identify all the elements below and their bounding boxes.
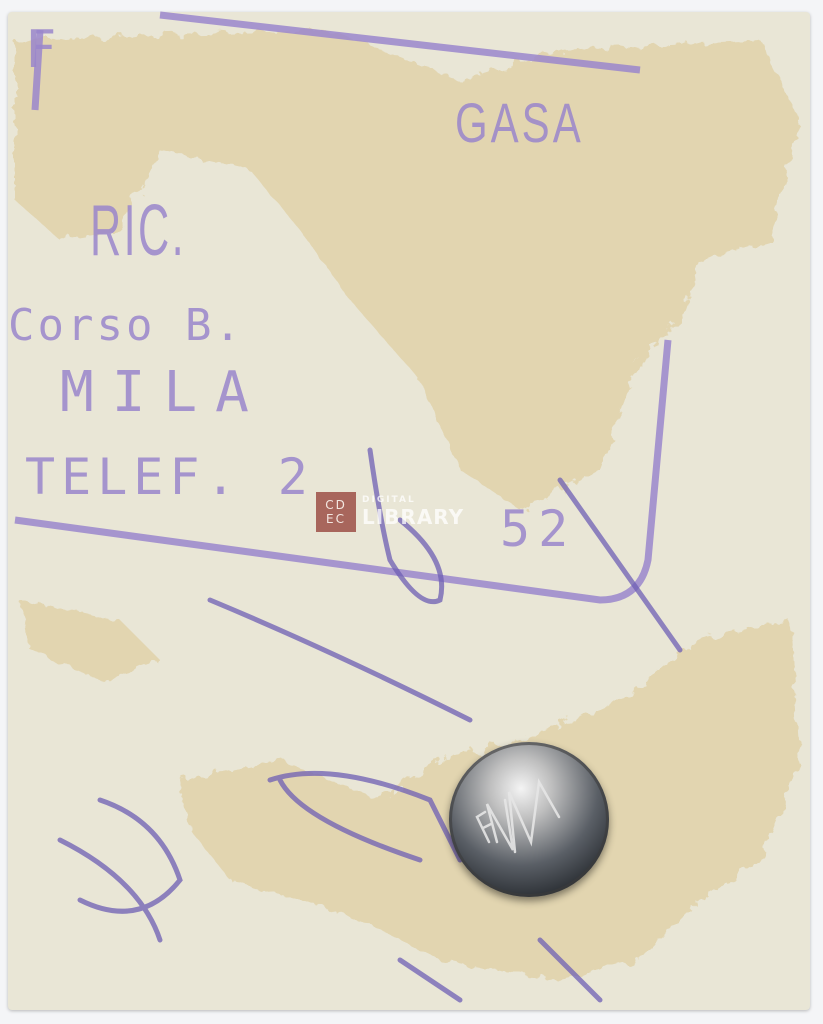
stamp-word-gasa: GASA [455, 90, 584, 155]
stamp-address: Corso B. [8, 300, 244, 351]
stamp-phone: TELEF. 2 [25, 448, 314, 506]
stamp-word-ric: RIC. [90, 190, 186, 272]
stamp-fragment-f: F [25, 20, 60, 80]
stamp-phone-end: 52 [500, 500, 576, 558]
watermark: CD EC DIGITAL LIBRARY [316, 492, 464, 532]
metal-button-icon: FNM [449, 742, 609, 897]
stamp-city: MILA [60, 360, 267, 425]
watermark-big-text: LIBRARY [362, 505, 464, 529]
button-monogram: FNM [449, 742, 609, 897]
watermark-logo: CD EC [316, 492, 356, 532]
watermark-small-text: DIGITAL [362, 495, 464, 505]
